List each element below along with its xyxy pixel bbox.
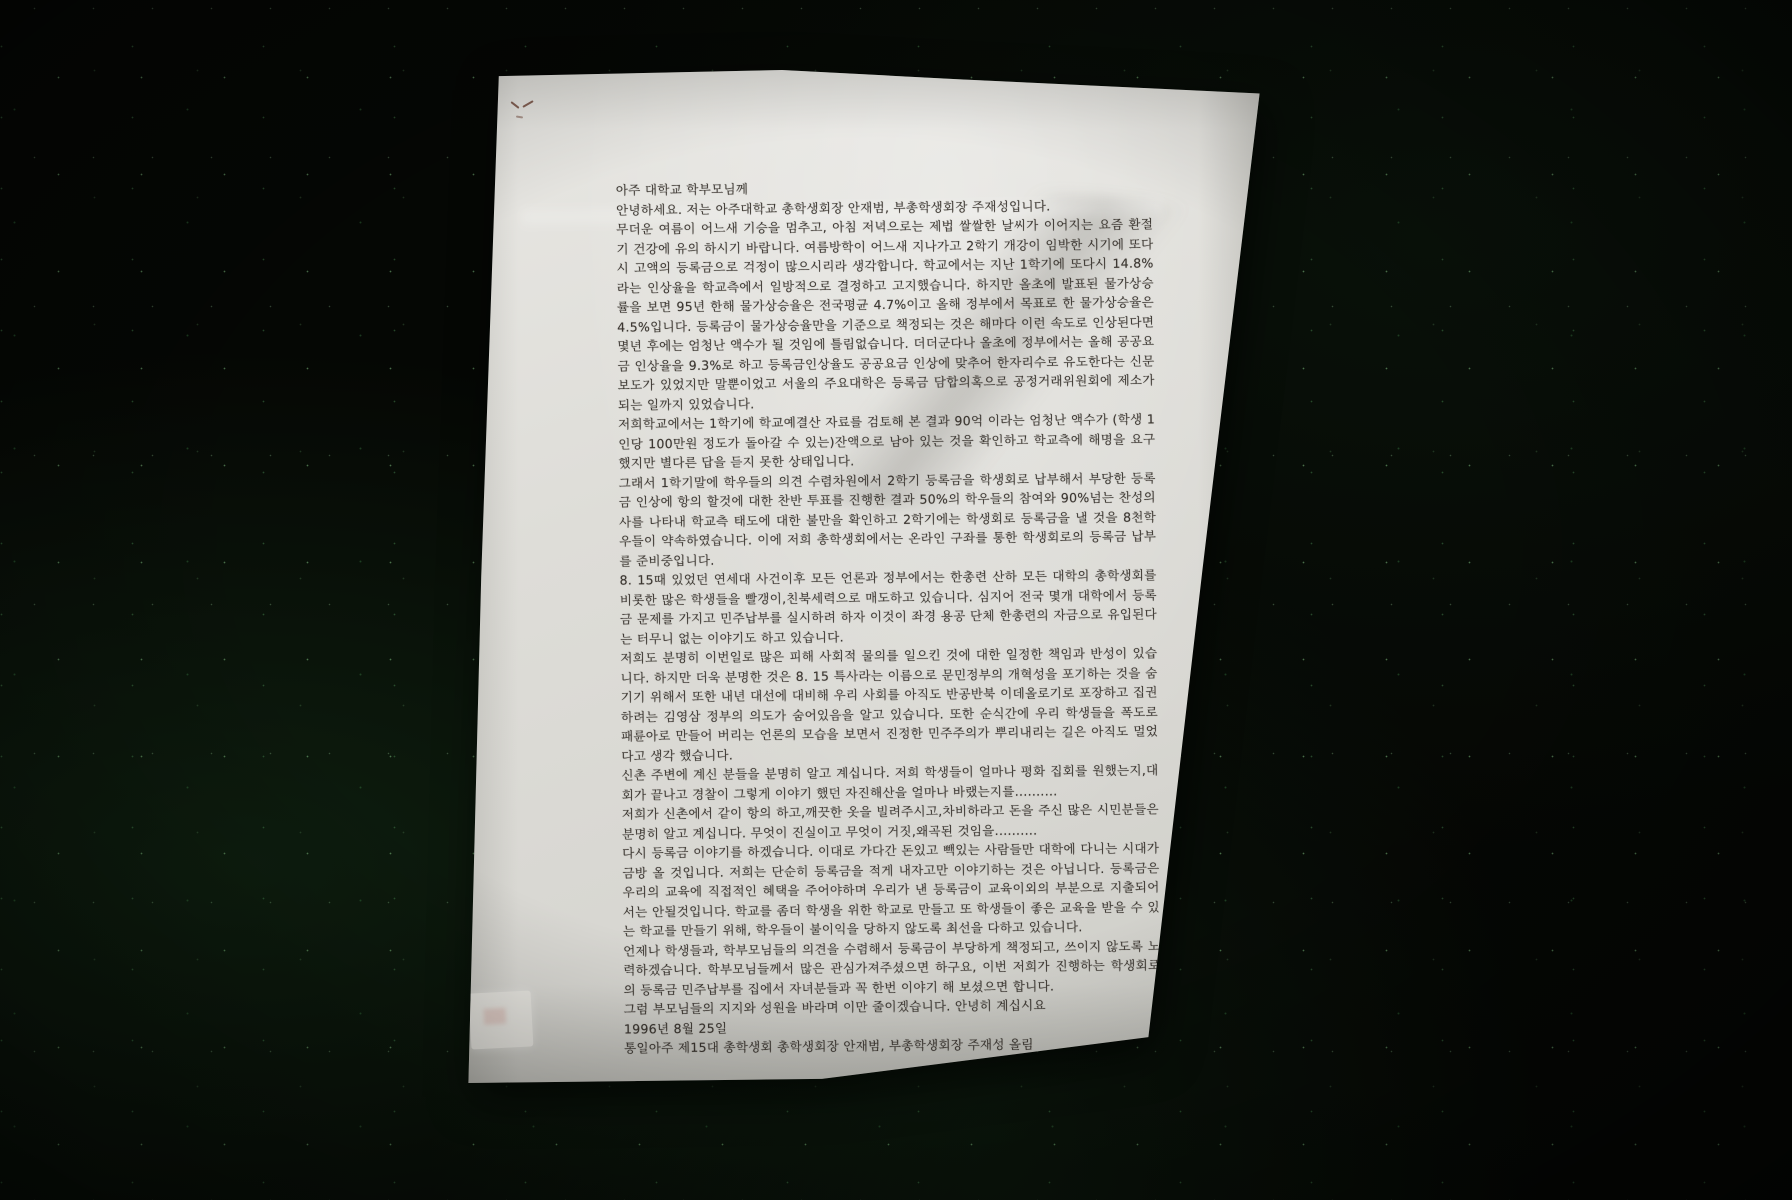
letter-paragraph: 신촌 주변에 계신 분들을 분명히 알고 계십니다. 저희 학생들이 얼마나 평… [621,760,1158,804]
letter-paragraph: 다시 등록금 이야기를 하겠습니다. 이대로 가다간 돈있고 빽있는 사람들만 … [622,838,1160,941]
letter-signature: 통일아주 제15대 총학생회 총학생회장 안재범, 부총학생회장 주재성 올림 [624,1033,1161,1058]
letter-paragraph: 8. 15때 있었던 연세대 사건이후 모든 언론과 정부에서는 한총련 산하 … [620,565,1158,648]
letter-paragraphs: 무더운 여름이 어느새 기승을 멈추고, 아침 저녁으로는 제법 쌀쌀한 날씨가… [616,214,1161,1019]
letter-paper: 아주 대학교 학부모님께 안녕하세요. 저는 아주대학교 총학생회장 안재범, … [462,68,1262,1086]
letter-paragraph: 그래서 1학기말에 학우들의 의견 수렴차원에서 2학기 등록금을 학생회로 납… [619,468,1157,571]
paper-shadow-wrap: 아주 대학교 학부모님께 안녕하세요. 저는 아주대학교 총학생회장 안재범, … [0,0,1792,1200]
letter-paragraph: 언제나 학생들과, 학부모님들의 의견을 수렴해서 등록금이 부당하게 책정되고… [623,936,1161,1000]
letter-paragraph: 저희학교에서는 1학기에 학교예결산 자료를 검토해 본 결과 90억 이라는 … [618,409,1156,473]
letter-body: 아주 대학교 학부모님께 안녕하세요. 저는 아주대학교 총학생회장 안재범, … [616,175,1161,1058]
photo-background: 아주 대학교 학부모님께 안녕하세요. 저는 아주대학교 총학생회장 안재범, … [0,0,1792,1200]
letter-paragraph: 무더운 여름이 어느새 기승을 멈추고, 아침 저녁으로는 제법 쌀쌀한 날씨가… [616,214,1155,414]
staple-mark [508,98,542,128]
letter-paragraph: 저희도 분명히 이번일로 많은 피해 사회적 물의를 일으킨 것에 대한 일정한… [620,643,1158,765]
sticker-residue [469,990,534,1049]
letter-paragraph: 저희가 신촌에서 같이 항의 하고,깨끗한 옷을 빌려주시고,차비하라고 돈을 … [622,799,1159,843]
